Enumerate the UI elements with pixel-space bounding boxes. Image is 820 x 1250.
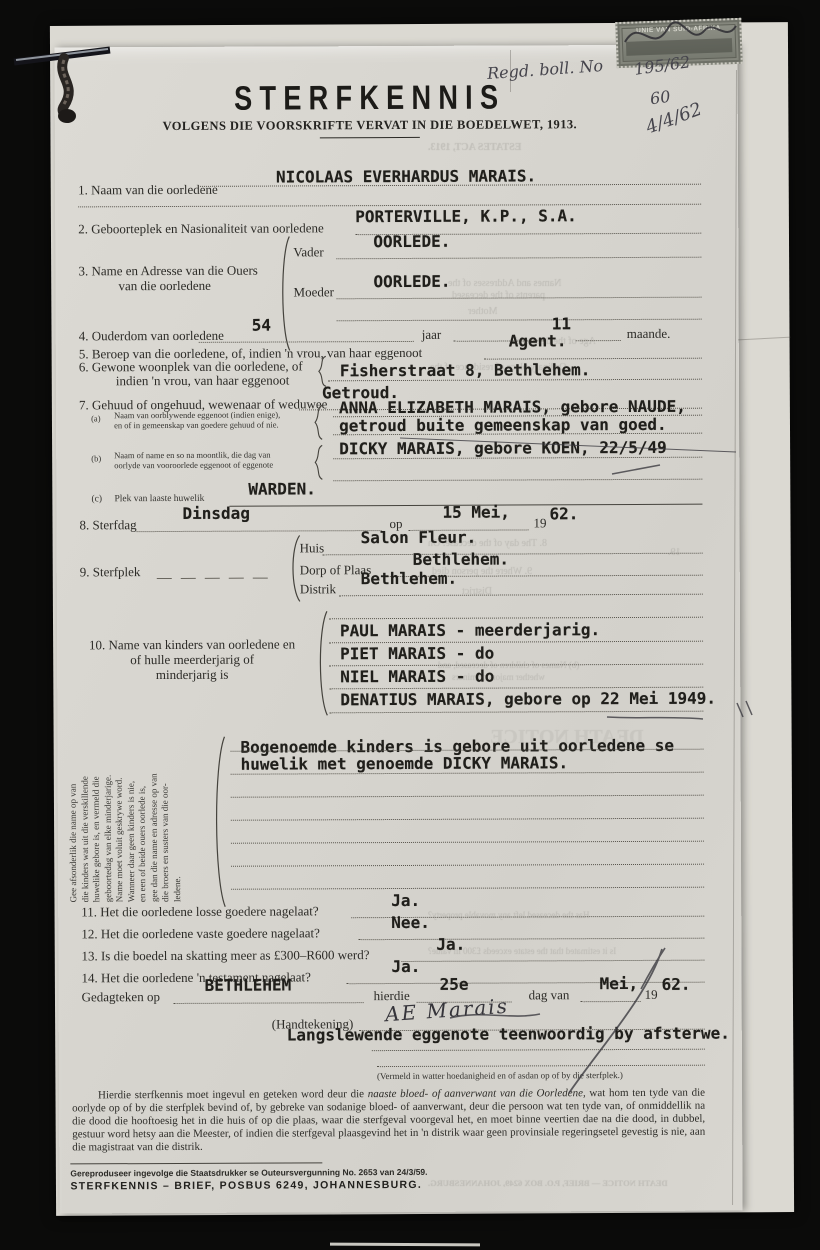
- dash-mark: [253, 578, 268, 579]
- dotted-line: [231, 841, 704, 844]
- field-value-sterfdag: Dinsdag: [182, 505, 250, 523]
- label-kinders-1: 10. Name van kinders van oorledene en: [89, 636, 295, 652]
- field-value-jaar-dated: 62.: [662, 976, 691, 994]
- label-gedagteken: Gedagteken op: [82, 989, 160, 1004]
- field-label-vaste-goedere: 12. Het die oorledene vaste goedere nage…: [81, 925, 320, 941]
- field-label-sterfdag: 8. Sterfdag: [80, 517, 137, 532]
- publisher-line: STERFKENNIS – BRIEF, POSBUS 6249, JOHANN…: [70, 1179, 422, 1193]
- label-dag-van: dag van: [529, 987, 570, 1002]
- form-header: STERFKENNIS VOLGENS DIE VOORSKRIFTE VERV…: [70, 79, 670, 140]
- field-value-losse-goedere: Ja.: [391, 892, 420, 910]
- dotted-line: [137, 530, 382, 532]
- label-7b-1: Naam of name en so na moontlik, die dag …: [114, 450, 270, 461]
- dotted-line: [231, 818, 704, 821]
- footer-paragraph-pre: Hierdie sterfkennis moet ingevul en gete…: [98, 1088, 368, 1101]
- bleedthrough-text: 8. The day of the decease: On: [428, 538, 547, 549]
- label-7c: Plek van laaste huwelik: [114, 494, 204, 504]
- printer-note: Gereproduseer ingevolge die Staatsdrukke…: [70, 1167, 427, 1179]
- field-label-vader: Vader: [293, 244, 323, 259]
- dotted-line: [329, 617, 703, 620]
- field-value-7c: WARDEN.: [248, 480, 316, 498]
- sidenote-kinders: Gee afsonderlik die name op van die kind…: [67, 702, 188, 903]
- dotted-line: [231, 887, 704, 890]
- label-maande: maande.: [627, 326, 671, 341]
- dotted-line: [401, 960, 704, 962]
- signature-caption: (Vermeld in watter hoedanigheid en of as…: [377, 1070, 623, 1081]
- label-huis: Huis: [300, 540, 325, 555]
- bleedthrough-text: parents of the deceased: [452, 290, 545, 301]
- field-value-vaste-goedere: Nee.: [391, 914, 430, 932]
- bleedthrough-text: Has the deceased left any movable proper…: [428, 910, 589, 920]
- field-label-woonplek-2: indien 'n vrou, van haar eggenoot: [116, 372, 290, 388]
- sidenote-text: Gee afsonderlik die name op van die kind…: [67, 702, 183, 902]
- form-title: STERFKENNIS: [130, 79, 610, 117]
- field-label-kinders: 10. Name van kinders van oorledene en of…: [82, 636, 302, 682]
- label-19: 19: [534, 515, 547, 530]
- label-kinders-2: of hulle meerderjarig of: [130, 652, 254, 668]
- dotted-line: [231, 864, 704, 867]
- brace-kinders: [315, 609, 329, 717]
- header-rule: [320, 137, 420, 138]
- handwriting-amount: 60: [649, 87, 672, 109]
- dotted-line: [333, 457, 702, 460]
- label-7b-2: oorlyde van vooroorlede eggenoot of egge…: [114, 460, 273, 471]
- child-row: DENATIUS MARAIS, gebore op 22 Mei 1949.: [340, 690, 716, 710]
- dotted-line: [358, 938, 704, 941]
- field-value-jare: 54: [252, 317, 271, 335]
- dotted-line: [336, 257, 701, 260]
- brace-7a: [312, 403, 324, 441]
- field-label-moeder: Moeder: [293, 284, 334, 299]
- label-kinders-3: minderjarig is: [156, 667, 229, 682]
- bleedthrough-text: whether majors or minors: [452, 672, 545, 682]
- label-distrik: Distrik: [300, 581, 336, 596]
- dotted-line: [339, 594, 703, 597]
- dotted-line: [174, 1002, 364, 1004]
- document-photo: STERFKENNIS VOLGENS DIE VOORSKRIFTE VERV…: [0, 0, 820, 1250]
- field-label-ouers-2: van die oorledene: [118, 278, 210, 293]
- field-value-maand: Mei,: [600, 975, 639, 993]
- dotted-line: [333, 433, 702, 436]
- dotted-line: [333, 479, 702, 482]
- dotted-line: [231, 795, 704, 798]
- field-value-vader: OORLEDE.: [373, 233, 450, 251]
- bleedthrough-text: District: [462, 586, 492, 597]
- brace-ouers: [277, 234, 292, 352]
- bleedthrough-text: Names and Addresses of the: [448, 278, 561, 289]
- label-7a-2: en of in gemeenskap van goedere gehuud o…: [114, 420, 279, 431]
- sterfkennis-form-page: STERFKENNIS VOLGENS DIE VOORSKRIFTE VERV…: [54, 45, 742, 1214]
- field-value-jaar62: 62.: [549, 505, 578, 523]
- dash-mark: [181, 578, 196, 579]
- dotted-line: [329, 641, 703, 644]
- dotted-line: [328, 379, 702, 382]
- dash-mark: [205, 578, 220, 579]
- field-value-7b: DICKY MARAIS, gebore KOEN, 22/5/49: [339, 439, 667, 458]
- tag-7a: (a): [91, 413, 100, 423]
- footer-rule: [70, 1162, 322, 1164]
- dotted-line: [347, 982, 705, 985]
- dotted-line: [323, 553, 703, 556]
- field-value-eggenote-note: Langslewende eggenote teenwoordig by afs…: [287, 1025, 730, 1045]
- dotted-line: [329, 711, 703, 714]
- brace-remarks: [210, 735, 227, 909]
- bleedthrough-text: 9. Where the person died: [432, 566, 532, 577]
- tag-knot: [58, 109, 76, 123]
- bleedthrough-text: DEATH NOTICE: [490, 726, 644, 749]
- field-label-ouers-1: 3. Name en Adresse van die Ouers: [78, 263, 257, 279]
- bleedthrough-text: 19.: [668, 547, 681, 558]
- dotted-line: [581, 1001, 641, 1002]
- dotted-line: [377, 1065, 705, 1067]
- brace-7b: [312, 443, 324, 481]
- child-row: PAUL MARAIS - meerderjarig.: [340, 621, 600, 640]
- bleedthrough-text: Mother: [468, 306, 497, 317]
- bleedthrough-text: Ordinary place of residence of the: [430, 362, 566, 373]
- field-value-dag: 25e: [440, 976, 469, 994]
- tag-7b: (b): [91, 453, 101, 463]
- treasury-tag: [0, 10, 140, 135]
- dash-mark: [157, 578, 172, 579]
- bleedthrough-text: Is it estimated that the estate exceeds …: [428, 946, 616, 956]
- bleedthrough-text: (b) Names of children of deceased, and: [438, 660, 579, 670]
- footer-paragraph: Hierdie sterfkennis moet ingevul en gete…: [72, 1087, 705, 1155]
- field-label-sterfplek: 9. Sterfplek: [80, 564, 141, 579]
- bleedthrough-text: DEATH NOTICE — BRIEF, P.O. BOX 6249, JOH…: [428, 1178, 668, 1188]
- dotted-line: [484, 358, 702, 360]
- dotted-line: [199, 341, 414, 343]
- top-crease: [510, 50, 511, 92]
- remark-line: huwelik met genoemde DICKY MARAIS.: [241, 754, 569, 773]
- dash-mark: [229, 578, 244, 579]
- bleedthrough-text: Age of the deceased: [515, 336, 596, 347]
- field-value-sterfdatum: 15 Mei,: [442, 504, 510, 522]
- field-value-geboorteplek: PORTERVILLE, K.P., S.A.: [355, 207, 577, 226]
- field-value-moeder: OORLEDE.: [373, 273, 450, 291]
- field-label-boedel-skatting: 13. Is die boedel na skatting meer as £3…: [81, 947, 369, 963]
- field-label-losse-goedere: 11. Het die oorledene losse goedere nage…: [81, 903, 318, 919]
- label-19-dated: 19: [645, 987, 658, 1002]
- field-value-plek-gedagteken: BETHLEHEM: [205, 976, 292, 994]
- footer-paragraph-em: naaste bloed- of aanverwant van die Oorl…: [368, 1087, 586, 1100]
- field-value-testament: Ja.: [391, 958, 420, 976]
- tag-7c: (c): [91, 494, 102, 504]
- bottom-paper-sliver: [330, 1243, 480, 1247]
- dotted-line: [372, 1049, 705, 1051]
- field-label-naam: 1. Naam van die oorledene: [78, 182, 218, 198]
- dotted-line: [337, 319, 702, 322]
- dotted-line: [198, 184, 701, 187]
- form-subtitle: VOLGENS DIE VOORSKRIFTE VERVAT IN DIE BO…: [70, 117, 670, 135]
- label-jaar: jaar: [422, 327, 442, 342]
- bleedthrough-text: ESTATES ACT, 1913.: [428, 142, 521, 153]
